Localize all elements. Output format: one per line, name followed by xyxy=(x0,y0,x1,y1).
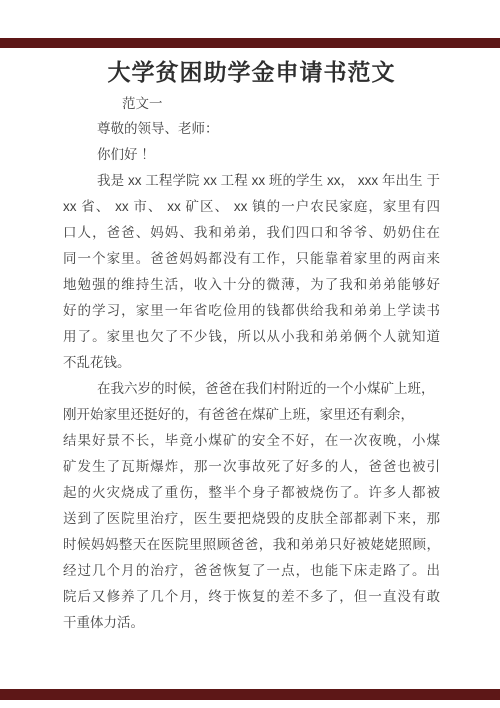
body-line: 在我六岁的时候，爸爸在我们村附近的一个小煤矿上班， xyxy=(63,376,440,402)
body-line: 起的火灾烧成了重伤，整半个身子都被烧伤了。许多人都被 xyxy=(63,480,440,506)
body-line: 结果好景不长，毕竟小煤矿的安全不好，在一次夜晚，小煤 xyxy=(63,428,440,454)
document-body: 尊敬的领导、老师：你们好 ！我是 xx 工程学院 xx 工程 xx 班的学生 x… xyxy=(63,116,440,636)
footer-bar xyxy=(0,689,500,700)
body-line: 口人，爸爸、妈妈、我和弟弟，我们四口和爷爷、奶奶住在 xyxy=(63,220,440,246)
body-line: 送到了医院里治疗，医生要把烧毁的皮肤全部都剥下来，那 xyxy=(63,506,440,532)
body-line: 矿发生了瓦斯爆炸，那一次事故死了好多的人，爸爸也被引 xyxy=(63,454,440,480)
body-line: 地勉强的维持生活，收入十分的微薄，为了我和弟弟能够好 xyxy=(63,272,440,298)
body-line: 尊敬的领导、老师： xyxy=(63,116,440,142)
header-bar xyxy=(0,38,500,48)
body-line: xx 省、 xx 市、 xx 矿区、 xx 镇的一户农民家庭，家里有四 xyxy=(63,194,440,220)
body-line: 用了。家里也欠了不少钱，所以从小我和弟弟俩个人就知道 xyxy=(63,324,440,350)
document-subtitle: 范文一 xyxy=(122,92,163,116)
document-title: 大学贫困助学金申请书范文 xyxy=(63,56,440,88)
body-line: 干重体力活。 xyxy=(63,610,440,636)
body-line: 院后又修养了几个月，终于恢复的差不多了，但一直没有敢 xyxy=(63,584,440,610)
body-line: 我是 xx 工程学院 xx 工程 xx 班的学生 xx， xxx 年出生 于 xyxy=(63,168,440,194)
body-line: 不乱花钱。 xyxy=(63,350,440,376)
body-line: 时候妈妈整天在医院里照顾爸爸，我和弟弟只好被姥姥照顾， xyxy=(63,532,440,558)
body-line: 同一个家里。爸爸妈妈都没有工作，只能靠着家里的两亩来 xyxy=(63,246,440,272)
body-line: 好的学习，家里一年省吃俭用的钱都供给我和弟弟上学读书 xyxy=(63,298,440,324)
document-page: 大学贫困助学金申请书范文 范文一 尊敬的领导、老师：你们好 ！我是 xx 工程学… xyxy=(0,0,500,708)
body-line: 你们好 ！ xyxy=(63,142,440,168)
body-line: 经过几个月的治疗，爸爸恢复了一点，也能下床走路了。出 xyxy=(63,558,440,584)
body-line: 刚开始家里还挺好的，有爸爸在煤矿上班，家里还有剩余， xyxy=(63,402,440,428)
